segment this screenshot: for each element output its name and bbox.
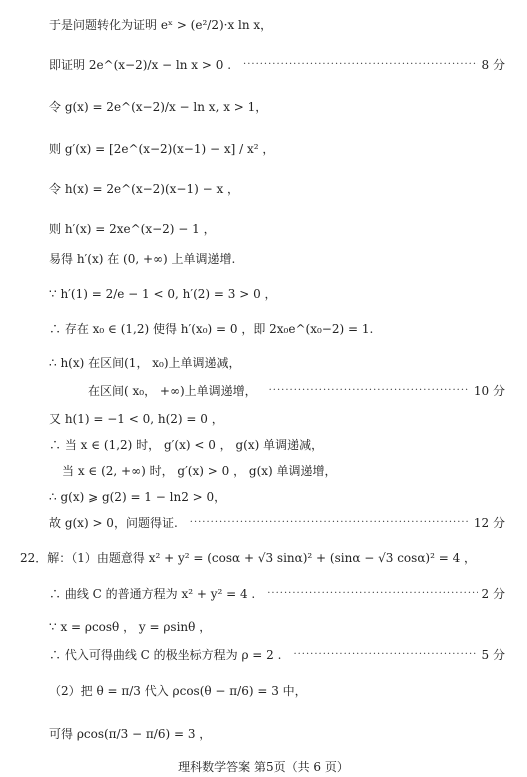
line-text: 在区间( x₀， +∞)上单调递增， [88,382,257,399]
line-5: 令 h(x) = 2e^(x−2)(x−1) − x ， [49,180,505,197]
score-label: 2 分 [482,585,505,602]
line-text: 易得 h′(x) 在 (0, +∞) 上单调递增. [49,250,235,267]
line-text: 令 g(x) = 2e^(x−2)/x − ln x, x > 1， [49,98,267,115]
score-label: 5 分 [482,646,505,663]
leader-dots: ········································… [267,588,477,599]
score-label: 10 分 [474,382,505,399]
line-4: 则 g′(x) = [2e^(x−2)(x−1) − x] / x² ， [49,140,505,157]
line-text: （2）把 θ = π/3 代入 ρcos(θ − π/6) = 3 中， [49,682,307,699]
line-3: 令 g(x) = 2e^(x−2)/x − ln x, x > 1， [49,98,505,115]
line-text: 可得 ρcos(π/3 − π/6) = 3 ， [49,725,211,742]
leader-dots: ········································… [190,517,470,528]
line-15: ∴ g(x) ⩾ g(2) = 1 − ln2 > 0， [49,488,505,505]
leader-dots: ········································… [269,385,470,396]
line-21: （2）把 θ = π/3 代入 ρcos(θ − π/6) = 3 中， [49,682,505,699]
line-11: 在区间( x₀， +∞)上单调递增，······················… [88,382,505,399]
line-18: ∴ 曲线 C 的普通方程为 x² + y² = 4 .·············… [49,585,505,602]
line-text: 22．解：（1）由题意得 x² + y² = (cosα + √3 sinα)²… [20,549,476,566]
line-text: 当 x ∈ (2, +∞) 时， g′(x) > 0 ， g(x) 单调递增， [62,462,337,479]
line-text: 又 h(1) = −1 < 0, h(2) = 0 ， [49,410,224,427]
line-8: ∵ h′(1) = 2/e − 1 < 0, h′(2) = 3 > 0 ， [49,285,505,302]
line-text: ∴ h(x) 在区间(1， x₀)上单调递减， [49,354,241,371]
line-text: ∴ g(x) ⩾ g(2) = 1 − ln2 > 0， [49,488,226,505]
line-text: ∴ 曲线 C 的普通方程为 x² + y² = 4 . [49,585,255,602]
line-16: 故 g(x) > 0，问题得证.························… [49,514,505,531]
line-text: 则 g′(x) = [2e^(x−2)(x−1) − x] / x² ， [49,140,274,157]
line-text: ∵ x = ρcosθ ， y = ρsinθ ， [49,618,211,635]
line-text: 于是问题转化为证明 eˣ > (e²/2)·x ln x， [49,16,272,33]
line-text: 故 g(x) > 0，问题得证. [49,514,178,531]
page-footer: 理科数学答案 第5页（共 6 页） [0,758,527,775]
line-text: 即证明 2e^(x−2)/x − ln x > 0 . [49,56,231,73]
line-12: 又 h(1) = −1 < 0, h(2) = 0 ， [49,410,505,427]
score-label: 8 分 [482,56,505,73]
line-2: 即证明 2e^(x−2)/x − ln x > 0 .·············… [49,56,505,73]
line-14: 当 x ∈ (2, +∞) 时， g′(x) > 0 ， g(x) 单调递增， [62,462,505,479]
leader-dots: ········································… [243,59,478,70]
line-text: ∴ 存在 x₀ ∈ (1,2) 使得 h′(x₀) = 0 ，即 2x₀e^(x… [49,320,373,337]
line-22: 可得 ρcos(π/3 − π/6) = 3 ， [49,725,505,742]
line-text: ∴ 代入可得曲线 C 的极坐标方程为 ρ = 2 . [49,646,281,663]
line-10: ∴ h(x) 在区间(1， x₀)上单调递减， [49,354,505,371]
line-7: 易得 h′(x) 在 (0, +∞) 上单调递增. [49,250,505,267]
line-text: ∵ h′(1) = 2/e − 1 < 0, h′(2) = 3 > 0 ， [49,285,277,302]
leader-dots: ········································… [293,649,477,660]
line-text: 令 h(x) = 2e^(x−2)(x−1) − x ， [49,180,239,197]
score-label: 12 分 [474,514,505,531]
line-text: 则 h′(x) = 2xe^(x−2) − 1 ， [49,220,216,237]
line-19: ∵ x = ρcosθ ， y = ρsinθ ， [49,618,505,635]
line-1: 于是问题转化为证明 eˣ > (e²/2)·x ln x， [49,16,505,33]
line-text: ∴ 当 x ∈ (1,2) 时， g′(x) < 0 ， g(x) 单调递减， [49,436,323,453]
line-17: 22．解：（1）由题意得 x² + y² = (cosα + √3 sinα)²… [20,549,505,566]
line-20: ∴ 代入可得曲线 C 的极坐标方程为 ρ = 2 .··············… [49,646,505,663]
line-9: ∴ 存在 x₀ ∈ (1,2) 使得 h′(x₀) = 0 ，即 2x₀e^(x… [49,320,505,337]
line-13: ∴ 当 x ∈ (1,2) 时， g′(x) < 0 ， g(x) 单调递减， [49,436,505,453]
line-6: 则 h′(x) = 2xe^(x−2) − 1 ， [49,220,505,237]
